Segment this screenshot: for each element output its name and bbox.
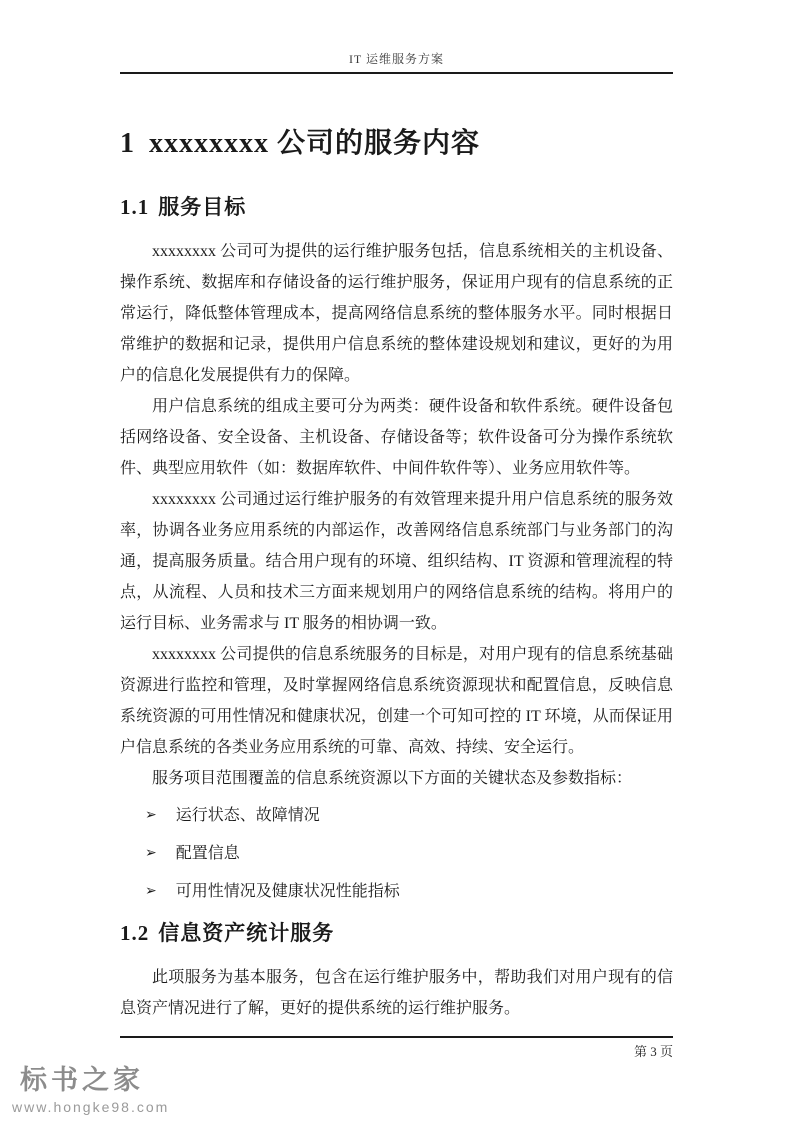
paragraph-service-management: xxxxxxxx 公司通过运行维护服务的有效管理来提升用户信息系统的服务效率，协… (120, 484, 673, 639)
bullet-list: ➢运行状态、故障情况 ➢配置信息 ➢可用性情况及健康状况性能指标 (120, 800, 673, 908)
arrow-bullet-icon: ➢ (145, 846, 157, 861)
watermark-logo: 标书之家 (12, 1058, 169, 1097)
chapter-heading: 1xxxxxxxx 公司的服务内容 (120, 126, 673, 162)
section-heading-1-1: 1.1服务目标 (120, 192, 673, 222)
bullet-item: ➢运行状态、故障情况 (120, 800, 673, 832)
chapter-number: 1 (120, 128, 135, 159)
arrow-bullet-icon: ➢ (145, 884, 157, 899)
chapter-title: xxxxxxxx 公司的服务内容 (149, 128, 480, 159)
bullet-item: ➢可用性情况及健康状况性能指标 (120, 876, 673, 908)
bullet-text: 配置信息 (176, 845, 240, 862)
paragraph-service-goal: xxxxxxxx 公司提供的信息系统服务的目标是，对用户现有的信息系统基础资源进… (120, 639, 673, 763)
paragraph-bullet-intro: 服务项目范围覆盖的信息系统资源以下方面的关键状态及参数指标： (120, 763, 673, 794)
section-number: 1.1 (120, 195, 149, 219)
watermark-url: www.hongke98.com (12, 1099, 169, 1115)
bullet-text: 运行状态、故障情况 (176, 807, 320, 824)
footer-rule (120, 1036, 673, 1038)
watermark: 标书之家 www.hongke98.com (12, 1058, 169, 1115)
section-title: 服务目标 (158, 195, 246, 219)
section-title: 信息资产统计服务 (158, 921, 334, 945)
page-header: IT 运维服务方案 (0, 0, 793, 74)
page-footer: 第 3 页 (120, 1036, 673, 1060)
bullet-text: 可用性情况及健康状况性能指标 (176, 883, 400, 900)
header-rule (120, 72, 673, 74)
paragraph-service-scope: xxxxxxxx 公司可为提供的运行维护服务包括，信息系统相关的主机设备、操作系… (120, 236, 673, 391)
paragraph-system-composition: 用户信息系统的组成主要可分为两类：硬件设备和软件系统。硬件设备包括网络设备、安全… (120, 391, 673, 484)
section-number: 1.2 (120, 921, 149, 945)
paragraph-asset-service: 此项服务为基本服务，包含在运行维护服务中，帮助我们对用户现有的信息资产情况进行了… (120, 962, 673, 1024)
document-content: 1xxxxxxxx 公司的服务内容 1.1服务目标 xxxxxxxx 公司可为提… (120, 126, 673, 1024)
arrow-bullet-icon: ➢ (145, 808, 157, 823)
document-page: IT 运维服务方案 1xxxxxxxx 公司的服务内容 1.1服务目标 xxxx… (0, 0, 793, 1122)
page-number: 第 3 页 (120, 1041, 673, 1060)
bullet-item: ➢配置信息 (120, 838, 673, 870)
section-heading-1-2: 1.2信息资产统计服务 (120, 918, 673, 948)
header-title: IT 运维服务方案 (0, 50, 793, 67)
